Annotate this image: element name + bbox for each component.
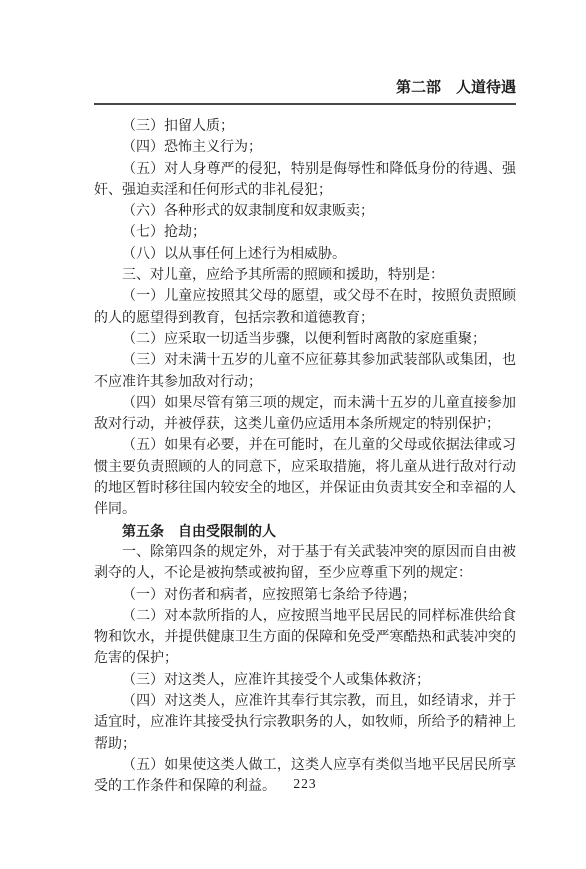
body-paragraph: （一）对伤者和病者，应按照第七条给予待遇； xyxy=(94,585,516,606)
body-paragraph: （四）恐怖主义行为； xyxy=(94,137,516,158)
article-heading: 第五条 自由受限制的人 xyxy=(94,521,516,542)
body-paragraph: （五）如果有必要，并在可能时，在儿童的父母或依据法律或习惯主要负责照顾的人的同意… xyxy=(94,435,516,520)
body-paragraph: （二）应采取一切适当步骤，以便利暂时离散的家庭重聚； xyxy=(94,329,516,350)
body-paragraph: （七）抢劫； xyxy=(94,222,516,243)
body-paragraph: （一）儿童应按照其父母的愿望，或父母不在时，按照负责照顾的人的愿望得到教育，包括… xyxy=(94,286,516,329)
body-paragraph: （四）对这类人，应准许其奉行其宗教，而且，如经请求，并于适宜时，应准许其接受执行… xyxy=(94,691,516,755)
running-header: 第二部人道待遇 xyxy=(94,79,516,97)
body-paragraph: （三）扣留人质； xyxy=(94,116,516,137)
header-rule xyxy=(94,103,516,105)
running-header-part: 第二部 xyxy=(396,79,441,96)
document-page: { "header": { "part": "第二部", "title": "人… xyxy=(0,0,586,869)
body-paragraph: （五）对人身尊严的侵犯，特别是侮辱性和降低身份的待遇、强奸、强迫卖淫和任何形式的… xyxy=(94,159,516,202)
body-paragraph: （三）对这类人，应准许其接受个人或集体救济； xyxy=(94,670,516,691)
body-paragraph: （二）对本款所指的人，应按照当地平民居民的同样标准供给食物和饮水，并提供健康卫生… xyxy=(94,606,516,670)
running-header-title: 人道待遇 xyxy=(456,79,516,96)
body-paragraph: （三）对未满十五岁的儿童不应征募其参加武装部队或集团，也不应准许其参加敌对行动； xyxy=(94,350,516,393)
body-paragraph: 三、对儿童，应给予其所需的照顾和援助，特别是： xyxy=(94,265,516,286)
body-paragraph: 一、除第四条的规定外，对于基于有关武装冲突的原因而自由被剥夺的人，不论是被拘禁或… xyxy=(94,542,516,585)
document-body: （三）扣留人质； （四）恐怖主义行为； （五）对人身尊严的侵犯，特别是侮辱性和降… xyxy=(94,116,516,798)
body-paragraph: （六）各种形式的奴隶制度和奴隶贩卖； xyxy=(94,201,516,222)
body-paragraph: （八）以从事任何上述行为相威胁。 xyxy=(94,244,516,265)
page-number: 223 xyxy=(94,776,516,792)
body-paragraph: （四）如果尽管有第三项的规定，而未满十五岁的儿童直接参加敌对行动，并被俘获，这类… xyxy=(94,393,516,436)
